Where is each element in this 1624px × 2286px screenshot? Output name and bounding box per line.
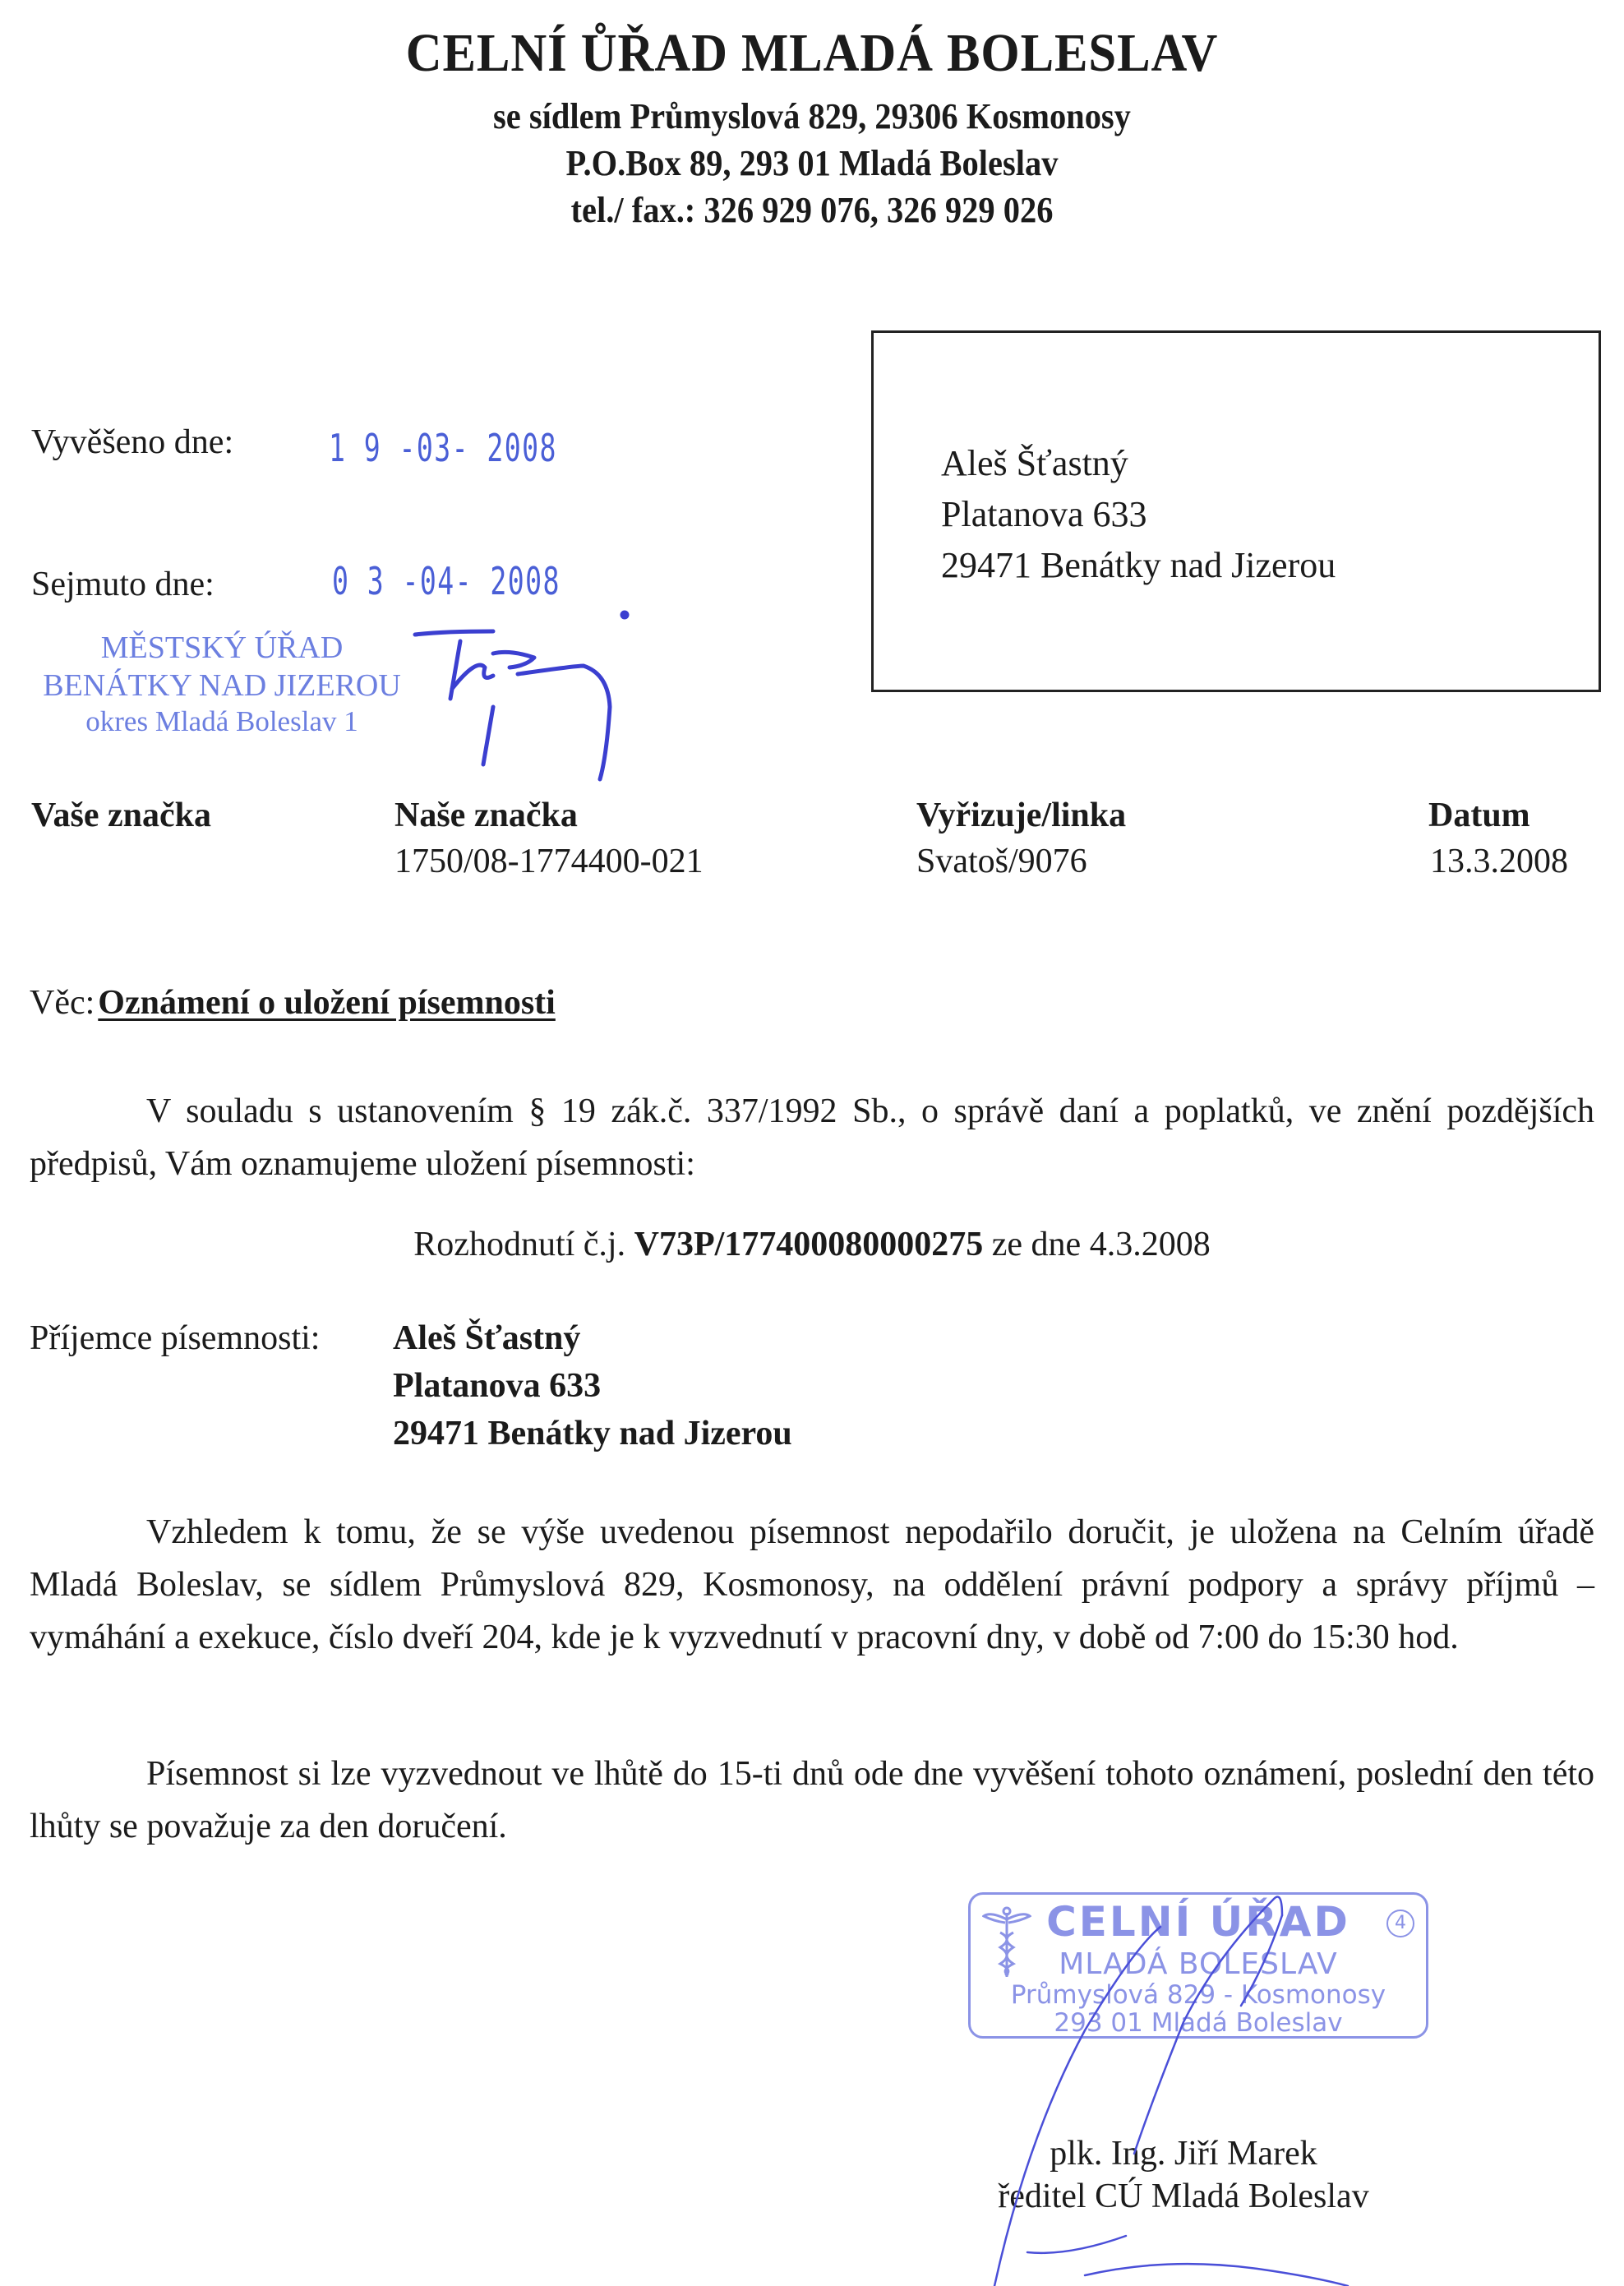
addressee-label: Příjemce písemnosti:: [30, 1318, 320, 1358]
municipal-stamp-line1: MĚSTSKÝ ÚŘAD: [16, 630, 427, 667]
ref-value-our-ref: 1750/08-1774400-021: [394, 842, 704, 881]
pickup-paragraph: Písemnost si lze vyzvednout ve lhůtě do …: [30, 1748, 1594, 1853]
recipient-name: Aleš Šťastný: [941, 438, 1128, 489]
ref-header-our-ref: Naše značka: [394, 796, 578, 835]
storage-text: Vzhledem k tomu, že se výše uvedenou pís…: [30, 1513, 1594, 1656]
ref-header-handler: Vyřizuje/linka: [916, 796, 1126, 835]
customs-stamp-number: 4: [1386, 1910, 1414, 1937]
signatory-title: ředitel CÚ Mladá Boleslav: [962, 2175, 1405, 2218]
decision-date: ze dne 4.3.2008: [992, 1226, 1211, 1263]
ref-header-date: Datum: [1428, 796, 1530, 835]
recipient-address-box: Aleš Šťastný Platanova 633 29471 Benátky…: [871, 330, 1601, 692]
intro-paragraph: V souladu s ustanovením § 19 zák.č. 337/…: [30, 1085, 1594, 1190]
letterhead-pobox: P.O.Box 89, 293 01 Mladá Boleslav: [65, 145, 1559, 182]
municipal-stamp-line3: okres Mladá Boleslav 1: [16, 704, 427, 739]
ref-value-handler: Svatoš/9076: [916, 842, 1087, 881]
letterhead-title: CELNÍ ŮŘAD MLADÁ BOLESLAV: [65, 26, 1559, 81]
posted-date-stamp: 1 9 -03- 2008: [329, 426, 557, 470]
customs-stamp-line2: MLADÁ BOLESLAV: [971, 1947, 1426, 1981]
decision-reference: Rozhodnutí č.j. V73P/177400080000275 ze …: [0, 1225, 1624, 1264]
decision-prefix: Rozhodnutí č.j.: [413, 1226, 625, 1263]
removed-date-stamp: 0 3 -04- 2008: [332, 559, 561, 603]
subject-line: Věc: Oznámení o uložení písemnosti: [30, 983, 556, 1023]
recipient-street: Platanova 633: [941, 489, 1147, 540]
recipient-city: 29471 Benátky nad Jizerou: [941, 540, 1336, 591]
removed-label: Sejmuto dne:: [31, 565, 215, 604]
intro-text: V souladu s ustanovením § 19 zák.č. 337/…: [30, 1092, 1594, 1183]
customs-stamp-line4: 293 01 Mladá Boleslav: [971, 2008, 1426, 2038]
signatory-name: plk. Ing. Jiří Marek: [962, 2132, 1405, 2175]
municipal-signature: [415, 612, 627, 779]
ref-value-date: 13.3.2008: [1430, 842, 1568, 881]
subject-text: Oznámení o uložení písemnosti: [98, 984, 556, 1022]
storage-paragraph: Vzhledem k tomu, že se výše uvedenou pís…: [30, 1506, 1594, 1664]
pickup-text: Písemnost si lze vyzvednout ve lhůtě do …: [30, 1755, 1594, 1845]
addressee-name: Aleš Šťastný: [393, 1318, 580, 1358]
posted-label: Vyvěšeno dne:: [31, 423, 233, 462]
customs-office-stamp: CELNÍ ÚŘAD 4 MLADÁ BOLESLAV Průmyslová 8…: [968, 1892, 1428, 2039]
letterhead-phone: tel./ fax.: 326 929 076, 326 929 026: [65, 192, 1559, 229]
subject-label: Věc:: [30, 984, 95, 1022]
decision-number: V73P/177400080000275: [634, 1226, 984, 1263]
municipal-office-stamp: MĚSTSKÝ ÚŘAD BENÁTKY NAD JIZEROU okres M…: [16, 630, 427, 739]
addressee-city: 29471 Benátky nad Jizerou: [393, 1414, 792, 1453]
letterhead-address: se sídlem Průmyslová 829, 29306 Kosmonos…: [65, 99, 1559, 135]
customs-stamp-line1: CELNÍ ÚŘAD: [971, 1898, 1426, 1946]
customs-stamp-line3: Průmyslová 829 - Kosmonosy: [971, 1980, 1426, 2010]
addressee-street: Platanova 633: [393, 1366, 601, 1406]
municipal-stamp-line2: BENÁTKY NAD JIZEROU: [16, 667, 427, 705]
ref-header-your-ref: Vaše značka: [31, 796, 211, 835]
